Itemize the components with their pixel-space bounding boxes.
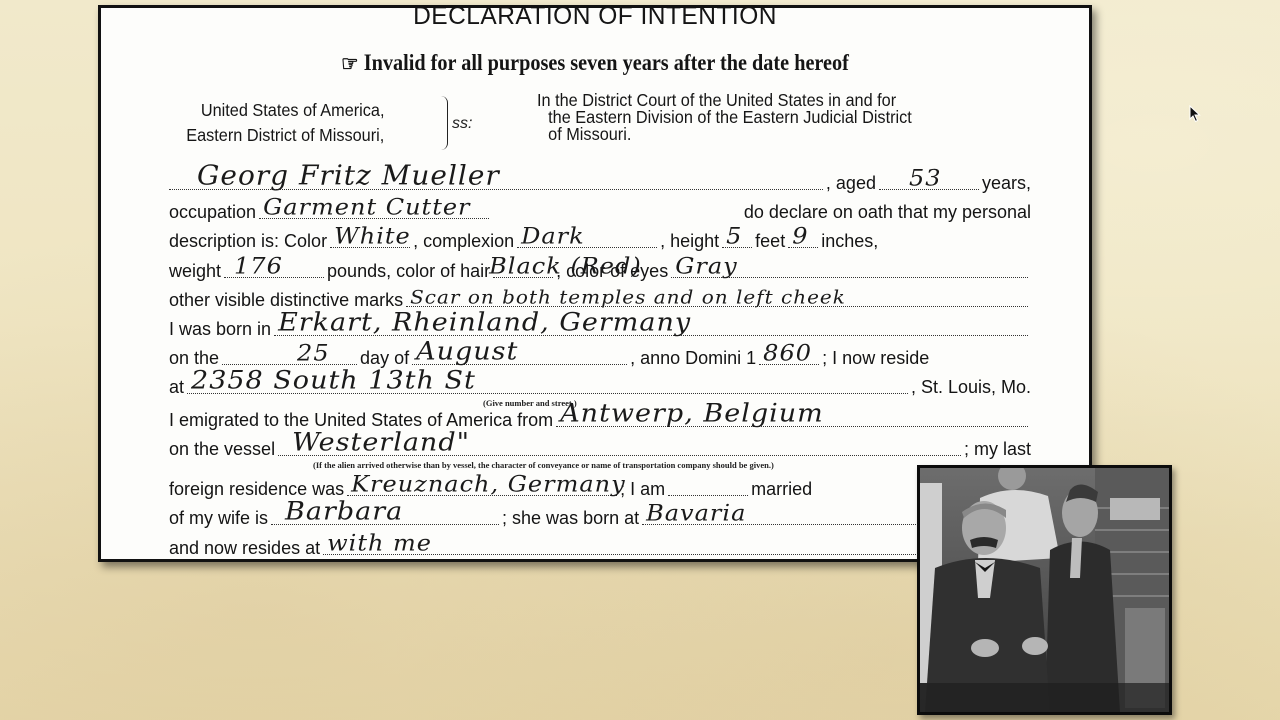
line-wife-residence: and now resides at with me <box>169 533 1031 559</box>
married-status-field <box>668 494 748 496</box>
address-field: 2358 South 13th St <box>187 392 908 394</box>
name-value: Georg Fritz Mueller <box>197 160 500 191</box>
birth-year-field: 860 <box>759 363 819 365</box>
wife-birthplace-value: Bavaria <box>646 500 746 527</box>
height-label: , height <box>660 231 719 252</box>
complexion-field: Dark <box>517 246 657 248</box>
foreign-residence-field: Kreuznach, Germany <box>347 494 617 496</box>
line-weight: weight 176 pounds, color of hair Black (… <box>169 256 1031 282</box>
marks-field: Scar on both temples and on left cheek <box>406 305 1028 307</box>
height-inches-field: 9 <box>788 246 818 248</box>
weight-value: 176 <box>234 253 283 280</box>
weight-label: weight <box>169 261 221 282</box>
color-value: White <box>334 223 411 250</box>
at-label: at <box>169 377 184 398</box>
height-feet-field: 5 <box>722 246 752 248</box>
line-birthplace: I was born in Erkart, Rheinland, Germany <box>169 314 1031 340</box>
occupation-field: Garment Cutter <box>259 217 489 219</box>
vessel-field: Westerland" <box>278 454 961 456</box>
weight-field: 176 <box>224 276 324 278</box>
pounds-label: pounds, color of hair <box>327 261 490 282</box>
venue-left: United States of America, Eastern Distri… <box>169 98 402 148</box>
venue-district: Eastern District of Missouri, <box>169 123 402 148</box>
line-occupation: occupation Garment Cutter do declare on … <box>169 197 1031 223</box>
birth-year-value: 860 <box>763 340 812 367</box>
notice-text: Invalid for all purposes seven years aft… <box>364 50 849 75</box>
address-value: 2358 South 13th St <box>191 366 476 395</box>
wife-name-field: Barbara <box>271 523 499 525</box>
hair-value: Black (Red) <box>489 253 642 280</box>
vessel-caption: (If the alien arrived otherwise than by … <box>313 460 774 470</box>
name-field: Georg Fritz Mueller <box>169 188 823 190</box>
birth-month-value: August <box>416 337 518 366</box>
marks-value: Scar on both temples and on left cheek <box>410 286 846 309</box>
i-am-label: ; I am <box>620 479 665 500</box>
foreign-residence-value: Kreuznach, Germany <box>351 471 626 498</box>
description-label: description is: Color <box>169 231 327 252</box>
eyes-value: Gray <box>675 253 738 280</box>
my-last-label: ; my last <box>964 439 1031 460</box>
brace <box>441 96 448 150</box>
venue-country: United States of America, <box>169 98 402 123</box>
line-wife: of my wife is Barbara ; she was born at … <box>169 503 1031 529</box>
historical-photo <box>917 465 1172 715</box>
photo-image <box>920 468 1169 712</box>
line-allegiance-cutoff: forever all allegiance and fidelity to <box>551 557 971 562</box>
line-vessel: on the vessel Westerland" ; my last <box>169 434 1031 460</box>
age-field: 53 <box>879 188 979 190</box>
feet-label: feet <box>755 231 785 252</box>
validity-notice: ☞Invalid for all purposes seven years af… <box>160 50 1029 77</box>
line-description: description is: Color White , complexion… <box>169 226 1031 252</box>
emigrated-from-field: Antwerp, Belgium <box>556 425 1028 427</box>
birthplace-field: Erkart, Rheinland, Germany <box>274 334 1028 336</box>
years-label: years, <box>982 173 1031 194</box>
born-label: I was born in <box>169 319 271 340</box>
eyes-field: Gray <box>671 276 1028 278</box>
city-label: , St. Louis, Mo. <box>911 377 1031 398</box>
court-line-3: of Missouri. <box>537 126 1021 143</box>
anno-label: , anno Domini 1 <box>630 348 756 369</box>
vessel-label: on the vessel <box>169 439 275 460</box>
emigrated-from-value: Antwerp, Belgium <box>560 399 824 428</box>
mouse-pointer-icon <box>1189 105 1201 123</box>
now-resides-label: and now resides at <box>169 538 320 559</box>
declare-text: do declare on oath that my personal <box>744 202 1031 223</box>
color-field: White <box>330 246 410 248</box>
complexion-label: , complexion <box>413 231 514 252</box>
she-born-label: ; she was born at <box>502 508 639 529</box>
birthplace-value: Erkart, Rheinland, Germany <box>278 308 691 337</box>
court-heading: In the District Court of the United Stat… <box>537 92 1021 143</box>
inches-label: inches, <box>821 231 878 252</box>
reside-label: ; I now reside <box>822 348 929 369</box>
ss-mark: ss: <box>452 115 472 133</box>
pointing-hand-icon: ☞ <box>341 51 358 77</box>
line-address: at 2358 South 13th St , St. Louis, Mo. <box>169 372 1031 398</box>
occupation-value: Garment Cutter <box>263 194 470 221</box>
birth-day-value: 25 <box>297 340 330 367</box>
hair-field: Black (Red) <box>493 276 553 278</box>
aged-label: , aged <box>826 173 876 194</box>
married-label: married <box>751 479 812 500</box>
wife-name-value: Barbara <box>285 497 403 526</box>
wife-label: of my wife is <box>169 508 268 529</box>
occupation-label: occupation <box>169 202 256 223</box>
birth-month-field: August <box>412 363 627 365</box>
vessel-value: Westerland" <box>292 428 470 457</box>
complexion-value: Dark <box>521 223 585 250</box>
wife-residence-value: with me <box>327 530 432 557</box>
line-name-age: Georg Fritz Mueller , aged 53 years, <box>169 168 1031 194</box>
birth-day-field: 25 <box>222 363 357 365</box>
document-title: DECLARATION OF INTENTION <box>111 5 1079 31</box>
age-value: 53 <box>909 165 942 192</box>
height-feet-value: 5 <box>726 223 742 250</box>
height-inches-value: 9 <box>792 223 808 250</box>
